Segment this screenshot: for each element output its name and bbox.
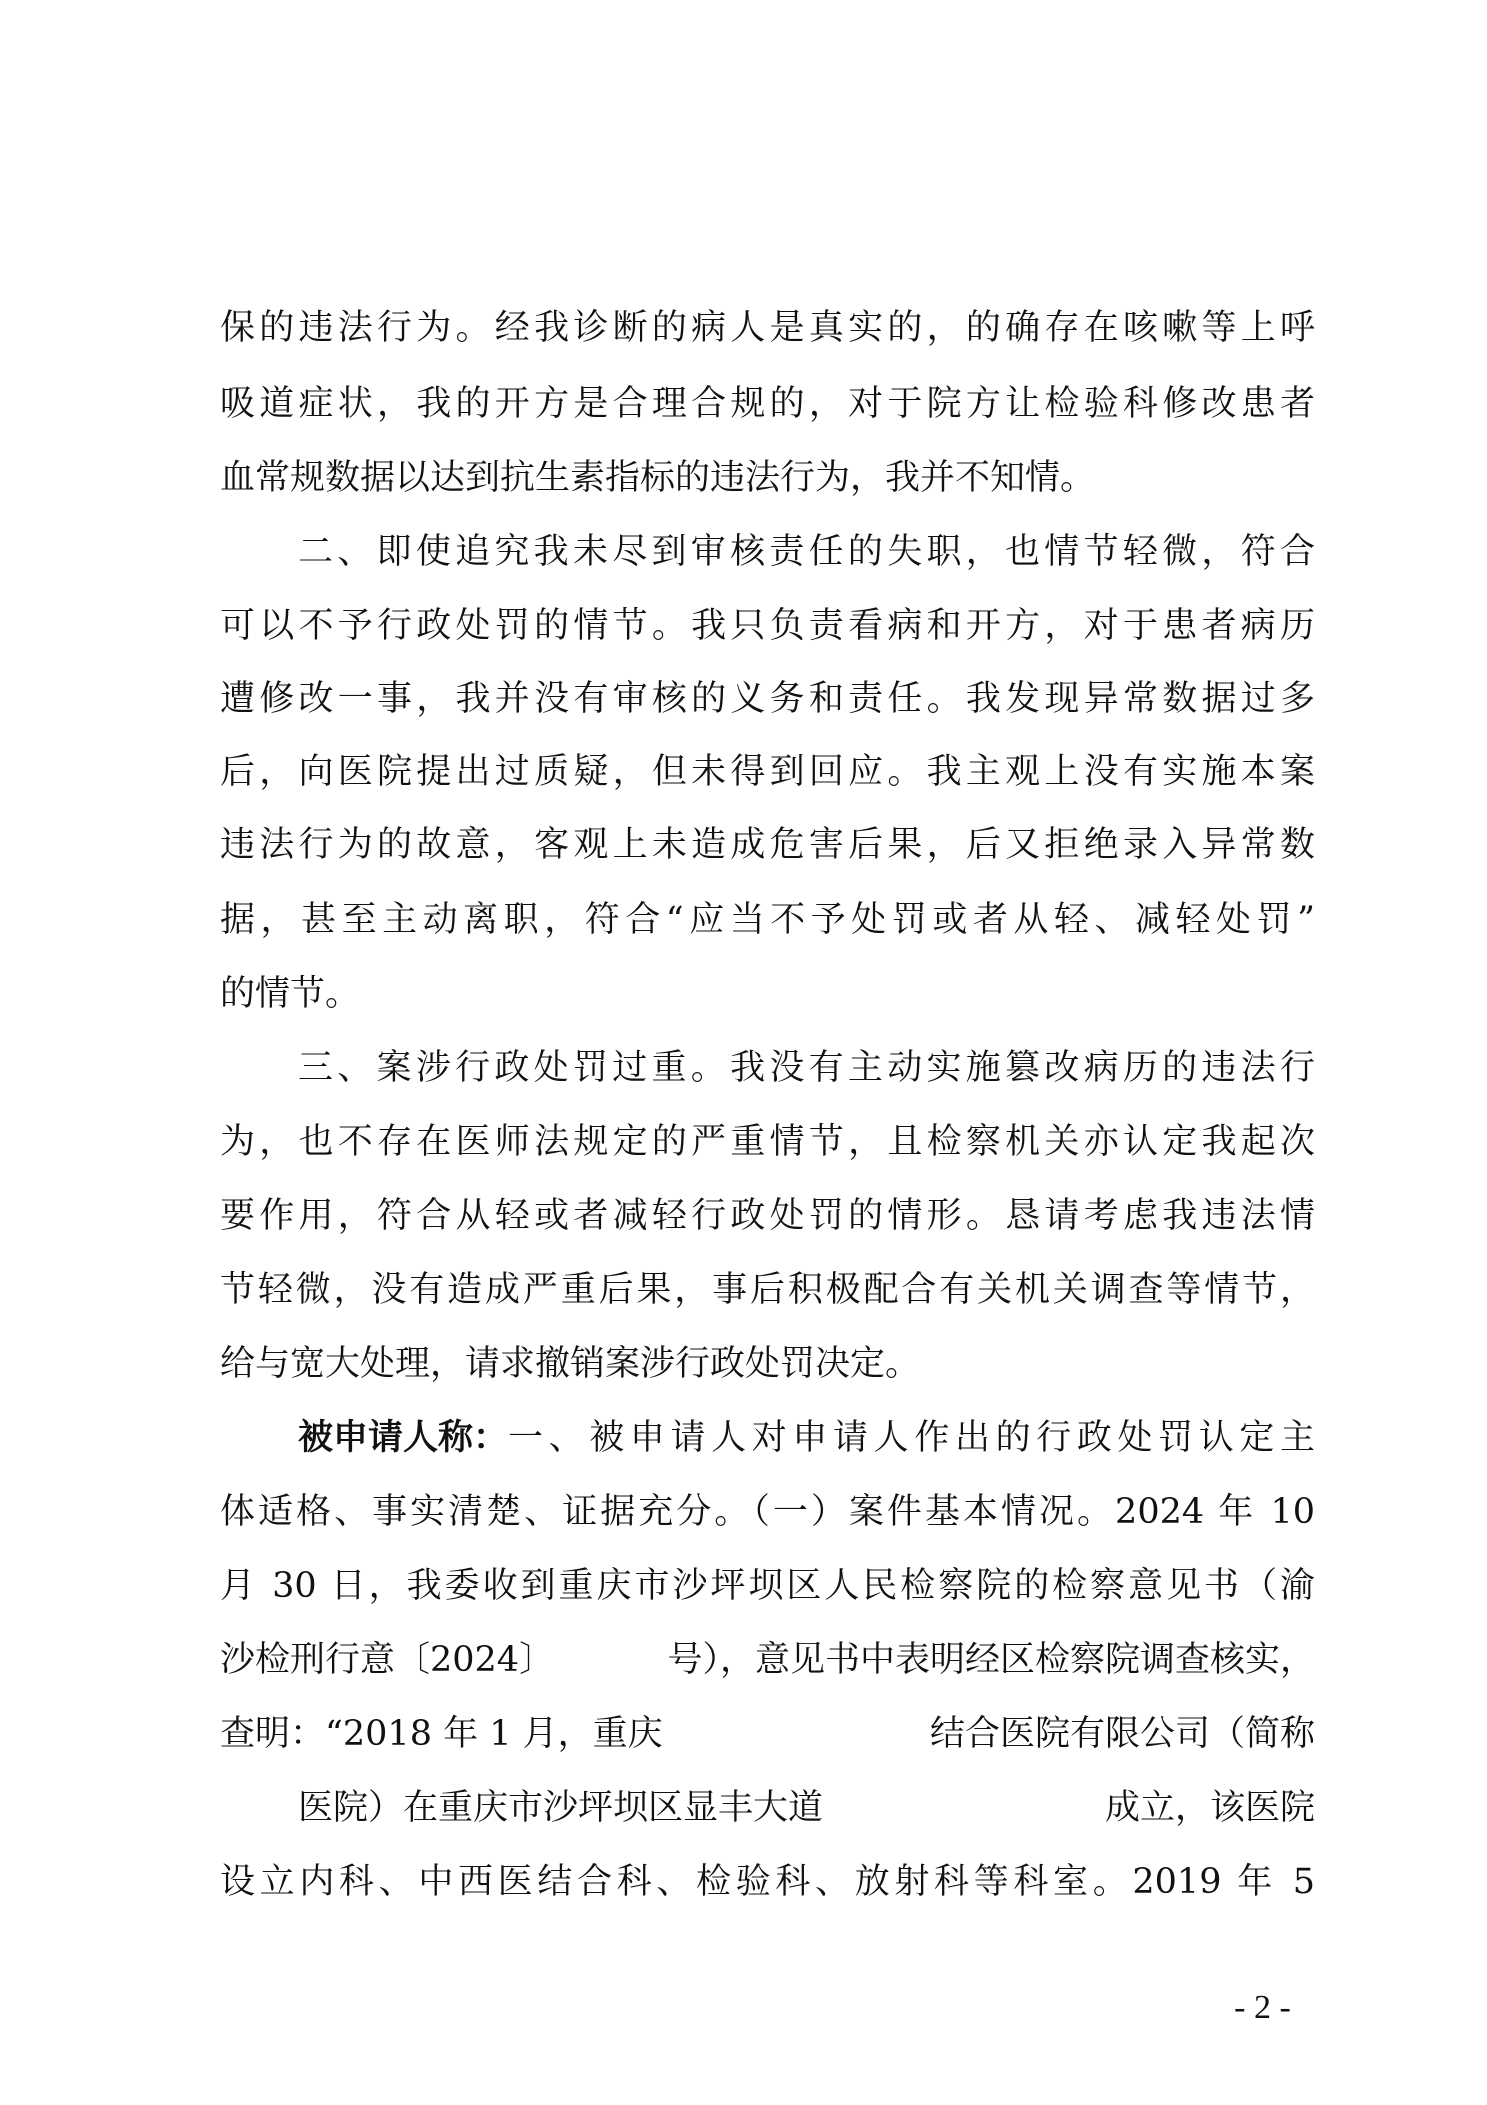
text-line: 二、即使追究我未尽到审核责任的失职，也情节轻微，符合 xyxy=(298,530,1315,574)
text-line: 查明：“2018 年 1 月，重庆 结合医院有限公司（简称 xyxy=(220,1712,1315,1756)
text-line: 医院）在重庆市沙坪坝区显丰大道 成立，该医院 xyxy=(298,1786,1315,1830)
text-line: 设立内科、中西医结合科、检验科、放射科等科室。2019 年 5 xyxy=(220,1860,1315,1904)
text-line: 节轻微，没有造成严重后果，事后积极配合有关机关调查等情节， xyxy=(220,1268,1315,1312)
text-segment: 号），意见书中表明经区检察院调查核实， xyxy=(667,1638,1315,1682)
text-line: 据，甚至主动离职，符合“应当不予处罚或者从轻、减轻处罚” xyxy=(220,898,1315,942)
text-line: 的情节。 xyxy=(220,972,1315,1016)
text-line: 三、案涉行政处罚过重。我没有主动实施篡改病历的违法行 xyxy=(298,1046,1315,1090)
text-line: 后，向医院提出过质疑，但未得到回应。我主观上没有实施本案 xyxy=(220,750,1315,794)
text-segment: 医院）在重庆市沙坪坝区显丰大道 xyxy=(298,1786,823,1830)
text-line: 吸道症状，我的开方是合理合规的，对于院方让检验科修改患者 xyxy=(220,382,1315,426)
text-line: 保的违法行为。经我诊断的病人是真实的，的确存在咳嗽等上呼 xyxy=(220,306,1315,350)
text-segment: 一、被申请人对申请人作出的行政处罚认定主 xyxy=(508,1416,1315,1460)
text-line: 血常规数据以达到抗生素指标的违法行为，我并不知情。 xyxy=(220,456,1315,500)
text-segment: 查明：“2018 年 1 月，重庆 xyxy=(220,1712,663,1756)
respondent-label: 被申请人称： xyxy=(298,1416,508,1460)
document-page: 保的违法行为。经我诊断的病人是真实的，的确存在咳嗽等上呼 吸道症状，我的开方是合… xyxy=(0,0,1487,2105)
text-segment: 结合医院有限公司（简称 xyxy=(930,1712,1315,1756)
page-number: - 2 - xyxy=(1215,1988,1310,2028)
text-line: 为，也不存在医师法规定的严重情节，且检察机关亦认定我起次 xyxy=(220,1120,1315,1164)
text-line: 体适格、事实清楚、证据充分。（一）案件基本情况。2024 年 10 xyxy=(220,1490,1315,1534)
text-line: 可以不予行政处罚的情节。我只负责看病和开方，对于患者病历 xyxy=(220,604,1315,648)
text-segment: 成立，该医院 xyxy=(1105,1786,1315,1830)
text-line: 要作用，符合从轻或者减轻行政处罚的情形。恳请考虑我违法情 xyxy=(220,1194,1315,1238)
text-line: 遭修改一事，我并没有审核的义务和责任。我发现异常数据过多 xyxy=(220,677,1315,721)
text-line: 沙检刑行意〔2024〕 号），意见书中表明经区检察院调查核实， xyxy=(220,1638,1315,1682)
text-line: 给与宽大处理，请求撤销案涉行政处罚决定。 xyxy=(220,1342,1315,1386)
text-segment: 沙检刑行意〔2024〕 xyxy=(220,1638,554,1682)
text-line: 月 30 日，我委收到重庆市沙坪坝区人民检察院的检察意见书（渝 xyxy=(220,1564,1315,1608)
text-line: 被申请人称： 一、被申请人对申请人作出的行政处罚认定主 xyxy=(298,1416,1315,1460)
text-line: 违法行为的故意，客观上未造成危害后果，后又拒绝录入异常数 xyxy=(220,823,1315,867)
